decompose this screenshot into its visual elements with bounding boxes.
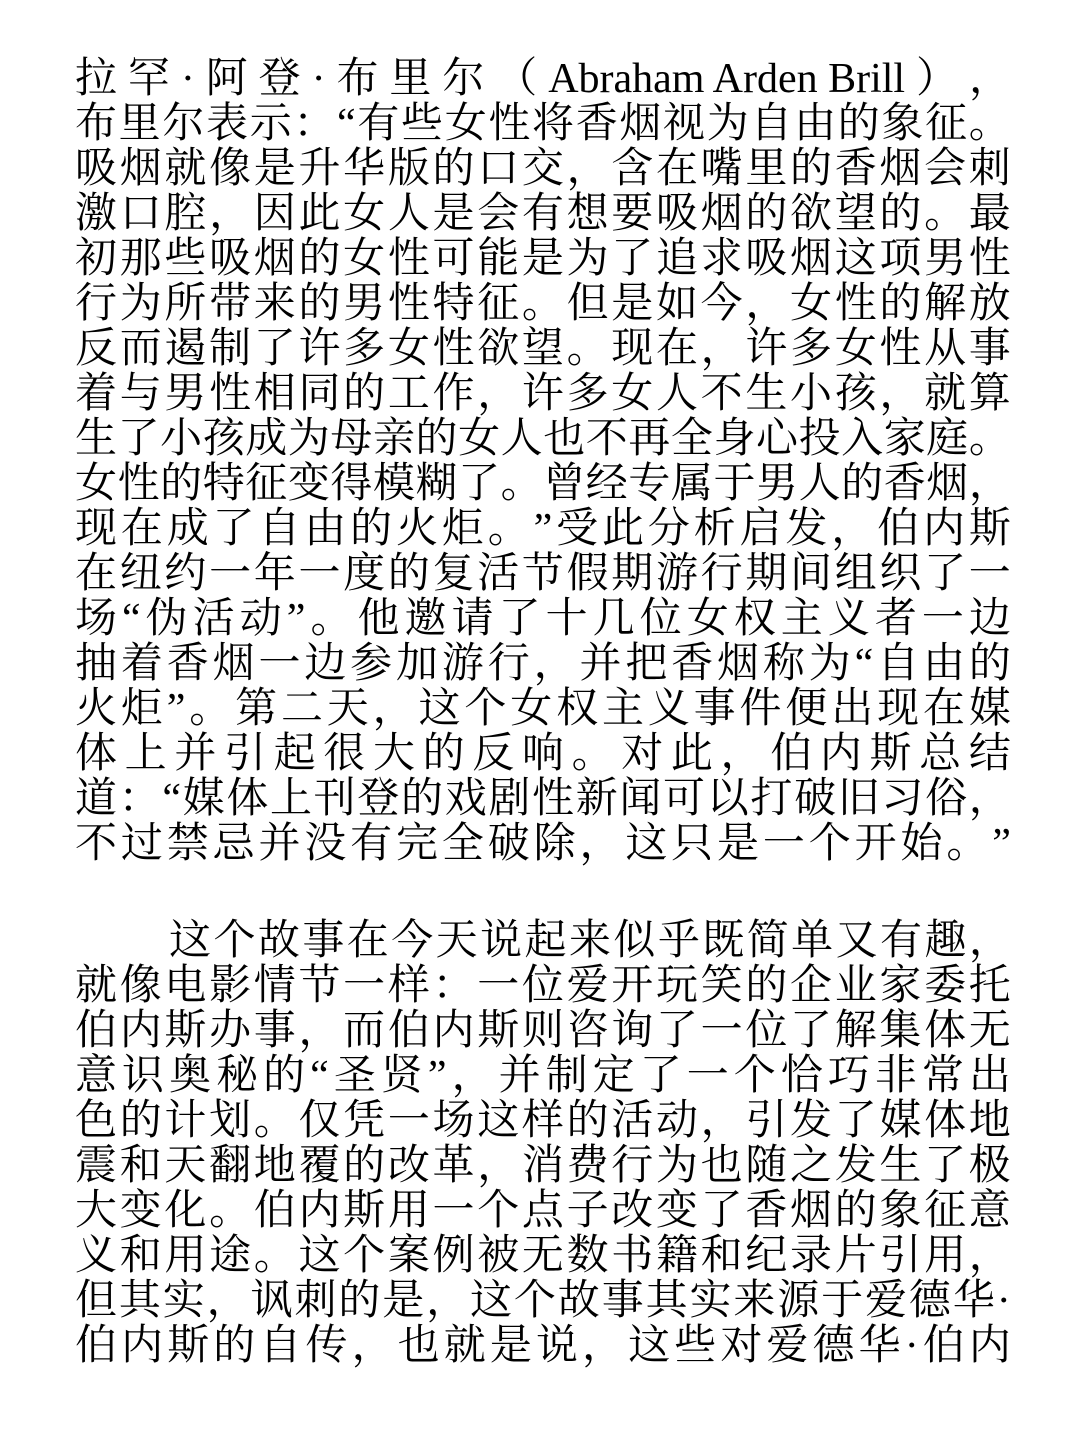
text-token: 化 [164, 1189, 206, 1234]
text-token: 打 [750, 777, 792, 822]
text-token: 嘴 [701, 147, 743, 192]
text-token: 的 [160, 462, 202, 507]
text-token: 女 [343, 237, 385, 282]
text-token: 男 [343, 282, 385, 327]
text-token: 划 [209, 1099, 251, 1144]
text-token: 经 [586, 462, 628, 507]
text-token: 算 [969, 372, 1011, 417]
text-token: 而 [120, 327, 162, 372]
text-token: 这 [835, 237, 877, 282]
text-token: ， [207, 1279, 249, 1324]
text-token: 戏 [445, 777, 487, 822]
text-token: 。 [501, 462, 543, 507]
text-token: 变 [656, 1189, 698, 1234]
text-token: ， [477, 372, 519, 417]
text-token: 了 [499, 597, 541, 642]
text-token: 书 [611, 1234, 653, 1279]
text-token: 意 [75, 1054, 117, 1099]
text-token: 征 [245, 462, 287, 507]
text-token: 女 [343, 192, 385, 237]
text-token: 些 [164, 237, 206, 282]
text-token: 媒 [879, 1099, 921, 1144]
text-token: 因 [254, 192, 296, 237]
text-token: 二 [281, 687, 323, 732]
text-token: 是 [433, 192, 475, 237]
text-token: 起 [525, 919, 567, 964]
text-token: 发 [790, 1099, 832, 1144]
text-token: 巧 [828, 1054, 870, 1099]
text-token: ” [534, 507, 553, 552]
text-token: 庭 [926, 417, 968, 462]
text-token: 上 [270, 777, 312, 822]
text-token: 在 [75, 552, 117, 597]
text-token: 内 [820, 732, 862, 777]
text-token: 改 [388, 1144, 430, 1189]
text-token: 刺 [969, 147, 1011, 192]
text-token: 的 [838, 102, 880, 147]
text-token: 计 [164, 1099, 206, 1144]
text-token: 一 [701, 1009, 743, 1054]
text-token: 象 [881, 102, 923, 147]
text-token: 闻 [619, 777, 661, 822]
text-token: 含 [611, 147, 653, 192]
text-token: 来 [569, 919, 611, 964]
text-token: 行 [488, 642, 530, 687]
text-token: 刺 [294, 1279, 336, 1324]
text-token: 性 [388, 282, 430, 327]
text-token: 性 [835, 282, 877, 327]
text-line: 震和天翻地覆的改革，消费行为也随之发生了极 [75, 1144, 1011, 1189]
text-token: 故 [258, 919, 300, 964]
text-token: 恰 [781, 1054, 823, 1099]
text-token: 登 [259, 57, 301, 102]
text-token: ， [452, 1054, 494, 1099]
text-token: 大 [75, 1189, 117, 1234]
text-token: 抽 [75, 642, 117, 687]
text-token: 烟 [120, 147, 162, 192]
text-token: 多 [567, 372, 609, 417]
text-token: 再 [628, 417, 670, 462]
text-token: 样 [522, 1099, 564, 1144]
text-token: 启 [740, 507, 782, 552]
text-token: 女 [611, 372, 653, 417]
text-token: ” [167, 687, 186, 732]
text-token: 加 [396, 642, 438, 687]
text-token: 女 [687, 597, 729, 642]
text-token: 初 [75, 237, 117, 282]
text-token: 放 [969, 282, 1011, 327]
text-line: 拉罕·阿登·布里尔（Abraham Arden Brill）， [75, 57, 1011, 102]
text-token: 爱 [567, 964, 609, 1009]
text-line: 行为所带来的男性特征。但是如今，女性的解放 [75, 282, 1011, 327]
text-token: 伯 [388, 1009, 430, 1054]
text-token: 是 [254, 147, 296, 192]
text-token: 事 [602, 1279, 644, 1324]
text-token: 的 [841, 462, 883, 507]
text-token: 孩 [203, 417, 245, 462]
text-token: 象 [879, 1189, 921, 1234]
text-token: 伯 [770, 732, 812, 777]
text-token: ” [428, 1054, 447, 1099]
text-token: 剧 [488, 777, 530, 822]
text-token: ， [969, 462, 1011, 507]
text-token: 第 [235, 687, 277, 732]
text-token: 尔 [442, 57, 484, 102]
text-token: 为 [707, 102, 749, 147]
text-token: 心 [756, 417, 798, 462]
text-token: 斯 [477, 1009, 519, 1054]
text-token: 例 [433, 1234, 475, 1279]
text-token: 这 [169, 919, 211, 964]
text-line: 意识奥秘的“圣贤”，并制定了一个恰巧非常出 [75, 1054, 1011, 1099]
text-token: 似 [613, 919, 655, 964]
text-token: ， [745, 282, 787, 327]
text-token: 项 [879, 237, 921, 282]
text-token: 火 [396, 507, 438, 552]
text-token: 笑 [701, 964, 743, 1009]
text-token: 行 [611, 1144, 653, 1189]
text-token: 结 [969, 732, 1011, 777]
text-token: 男 [924, 237, 966, 282]
text-token: 体 [75, 732, 117, 777]
text-token: 遏 [164, 327, 206, 372]
text-token: 破 [794, 777, 836, 822]
text-token: 的 [433, 147, 475, 192]
text-token: 男 [756, 462, 798, 507]
text-token: 的 [567, 1099, 609, 1144]
text-token: 趣 [924, 919, 966, 964]
text-token: ， [298, 1009, 340, 1054]
text-token: 里 [389, 57, 431, 102]
text-token: 自 [259, 1324, 301, 1369]
text-token: 斯 [969, 507, 1011, 552]
text-token: 事 [302, 919, 344, 964]
text-token: 望 [522, 327, 564, 372]
text-token: 来 [254, 282, 296, 327]
text-token: 追 [656, 237, 698, 282]
text-token: 组 [835, 552, 877, 597]
text-token: 内 [121, 1324, 163, 1369]
text-token: 识 [122, 1054, 164, 1099]
text-token: 革 [433, 1144, 475, 1189]
text-token: ， [582, 1324, 624, 1369]
text-token: 伯 [75, 1009, 117, 1054]
text-token: 边 [969, 597, 1011, 642]
text-token: 这 [628, 1324, 670, 1369]
text-token: 发 [785, 507, 827, 552]
text-token: 个 [734, 1054, 776, 1099]
text-token: 登 [357, 777, 399, 822]
text-token: 伯 [75, 1324, 117, 1369]
text-token: 相 [254, 372, 296, 417]
text-token: 此 [671, 732, 713, 777]
text-line: 体上并引起很大的反响。对此，伯内斯总结 [75, 732, 1011, 777]
text-token: 权 [734, 597, 776, 642]
text-token: 多 [343, 327, 385, 372]
text-token: 主 [602, 687, 644, 732]
text-token: 像 [120, 964, 162, 1009]
text-token: 反 [472, 732, 514, 777]
text-token: 香 [576, 102, 618, 147]
text-token: 了 [611, 237, 653, 282]
text-token: 始 [900, 822, 942, 867]
text-token: 改 [611, 1189, 653, 1234]
text-token: 像 [209, 147, 251, 192]
text-token: 是 [611, 282, 653, 327]
text-token: 用 [924, 1234, 966, 1279]
text-token: 个 [464, 687, 506, 732]
text-token: 性 [488, 102, 530, 147]
text-token: 烟 [717, 642, 759, 687]
text-token: 了 [790, 1009, 832, 1054]
text-token: 源 [777, 1279, 819, 1324]
text-token: 的 [298, 282, 340, 327]
text-token: 与 [120, 372, 162, 417]
text-line: 义和用途。这个案例被无数书籍和纪录片引用， [75, 1234, 1011, 1279]
text-token: 全 [671, 417, 713, 462]
text-token: 华 [859, 1324, 901, 1369]
text-token: 将 [532, 102, 574, 147]
text-token: 是 [382, 1279, 424, 1324]
text-token: 成 [245, 417, 287, 462]
text-token: 义 [648, 687, 690, 732]
text-line: 不过禁忌并没有完全破除，这只是一个开始。” [75, 822, 1011, 867]
text-token: 就 [164, 147, 206, 192]
text-token: 无 [969, 1009, 1011, 1054]
text-token: 孩 [835, 372, 877, 417]
text-token: 年 [254, 552, 296, 597]
text-token: ， [579, 822, 621, 867]
text-token: 女 [790, 282, 832, 327]
text-token: 的 [401, 777, 443, 822]
text-token: ， [721, 732, 763, 777]
text-token: 委 [924, 964, 966, 1009]
text-token: 布 [337, 57, 379, 102]
text-token: 位 [745, 1009, 787, 1054]
text-token: 而 [343, 1009, 385, 1054]
text-token: 场 [75, 597, 117, 642]
text-token: ， [879, 372, 921, 417]
text-token: 的 [338, 1279, 380, 1324]
text-token: 籍 [656, 1234, 698, 1279]
text-token: 媒 [969, 687, 1011, 732]
text-token: 今 [701, 282, 743, 327]
text-token: 吸 [745, 237, 787, 282]
text-token: 了 [835, 1099, 877, 1144]
text-line: 在纽约一年一度的复活节假期游行期间组织了一 [75, 552, 1011, 597]
text-token: 拉 [75, 57, 117, 102]
text-token: 成 [167, 507, 209, 552]
text-token: 尔 [162, 102, 204, 147]
text-token: 非 [875, 1054, 917, 1099]
text-token: 单 [791, 919, 833, 964]
text-token: 度 [343, 552, 385, 597]
text-token: 的 [969, 642, 1011, 687]
text-token: ， [352, 1324, 394, 1369]
text-token: 又 [836, 919, 878, 964]
text-token: 就 [924, 372, 966, 417]
text-token: ： [433, 964, 475, 1009]
text-token: 解 [924, 282, 966, 327]
text-token: 一 [477, 964, 519, 1009]
text-token: 在 [923, 687, 965, 732]
text-token: 案 [388, 1234, 430, 1279]
text-token: 的 [745, 192, 787, 237]
text-token: 义 [828, 597, 870, 642]
text-token: 德 [813, 1324, 855, 1369]
text-token: 一 [969, 552, 1011, 597]
text-token: 性 [879, 327, 921, 372]
text-token: 邀 [405, 597, 447, 642]
text-token: 动 [240, 597, 282, 642]
text-token: 活 [193, 597, 235, 642]
text-token: 天 [436, 919, 478, 964]
text-token: 的 [343, 1144, 385, 1189]
text-line: 初那些吸烟的女性可能是为了追求吸烟这项男性 [75, 237, 1011, 282]
text-token: （ [495, 57, 537, 102]
text-token: 烟 [879, 147, 921, 192]
text-token: 了 [656, 1009, 698, 1054]
text-token: 性 [433, 327, 475, 372]
text-token: 版 [388, 147, 430, 192]
text-token: 地 [969, 1099, 1011, 1144]
text-token: 也 [543, 417, 585, 462]
text-token: 约 [164, 552, 206, 597]
text-token: 为 [567, 237, 609, 282]
text-token: 事 [969, 327, 1011, 372]
text-token: 费 [567, 1144, 609, 1189]
text-token: 。 [946, 822, 988, 867]
text-token: 纽 [120, 552, 162, 597]
text-line: 现在成了自由的火炬。”受此分析启发，伯内斯 [75, 507, 1011, 552]
text-token: 斯 [870, 732, 912, 777]
text-token: 体 [924, 1099, 966, 1144]
text-token: 此 [298, 192, 340, 237]
text-token: 实 [163, 1279, 205, 1324]
text-token: 升 [298, 147, 340, 192]
text-token: 烟 [254, 237, 296, 282]
text-token: 口 [120, 192, 162, 237]
text-token: 的 [343, 372, 385, 417]
text-token: 激 [75, 192, 117, 237]
text-token: 伯 [254, 1189, 296, 1234]
text-token: 天 [164, 1144, 206, 1189]
text-token: 的 [298, 237, 340, 282]
text-token: 斯 [167, 1324, 209, 1369]
text-token: 意 [969, 1189, 1011, 1234]
text-token: “ [162, 777, 181, 822]
text-token: 有 [357, 102, 399, 147]
text-token: 母 [330, 417, 372, 462]
text-token: 布 [75, 102, 117, 147]
text-token: 受 [556, 507, 598, 552]
text-token: 实 [689, 1279, 731, 1324]
text-token: 并 [499, 1054, 541, 1099]
text-token: 游 [656, 552, 698, 597]
text-token: 今 [391, 919, 433, 964]
text-token: 着 [121, 642, 163, 687]
text-token: 这 [470, 1279, 512, 1324]
text-token: 反 [75, 327, 117, 372]
text-token: ， [477, 1144, 519, 1189]
text-token: 则 [522, 1009, 564, 1054]
text-token: ： [293, 102, 335, 147]
text-token: 影 [209, 964, 251, 1009]
text-token: 糊 [416, 462, 458, 507]
text-token: 一 [388, 1099, 430, 1144]
text-token: 在 [121, 507, 163, 552]
text-token: 亲 [373, 417, 415, 462]
text-token: ， [373, 687, 415, 732]
text-token: 生 [75, 417, 117, 462]
text-token: 常 [922, 1054, 964, 1099]
text-token: 女 [75, 462, 117, 507]
text-token: 活 [477, 552, 519, 597]
text-token: 征 [924, 1189, 966, 1234]
text-token: 但 [567, 282, 609, 327]
text-token: 内 [969, 1324, 1011, 1369]
text-token: 变 [120, 1189, 162, 1234]
text-token: 过 [121, 822, 163, 867]
text-token: 媒 [183, 777, 225, 822]
text-token: 烟 [926, 462, 968, 507]
text-token: 的 [790, 147, 832, 192]
text-token: 复 [433, 552, 475, 597]
text-token: 。 [567, 327, 609, 372]
text-token: 称 [763, 642, 805, 687]
text-token: 这 [419, 687, 461, 732]
text-token: 场 [433, 1099, 475, 1144]
text-token: 带 [209, 282, 251, 327]
text-token: 了 [254, 327, 296, 372]
text-token: ， [534, 642, 576, 687]
text-token: 边 [304, 642, 346, 687]
text-token: 的 [835, 1189, 877, 1234]
text-token: 。 [969, 417, 1011, 462]
text-token: 传 [305, 1324, 347, 1369]
text-token: 仅 [298, 1099, 340, 1144]
text-token: 子 [567, 1189, 609, 1234]
text-token: 望 [835, 192, 877, 237]
text-token: 贤 [381, 1054, 423, 1099]
text-token: 响 [522, 732, 564, 777]
text-token: 香 [835, 147, 877, 192]
text-token: 忌 [213, 822, 255, 867]
text-token: 对 [621, 732, 663, 777]
text-token: 俗 [925, 777, 967, 822]
text-token: 个 [809, 822, 851, 867]
text-token: 在 [656, 147, 698, 192]
text-token: 的 [423, 732, 465, 777]
text-token: 女 [388, 327, 430, 372]
text-token: 业 [835, 964, 877, 1009]
text-token: 斯 [343, 1189, 385, 1234]
text-token: 不 [75, 822, 117, 867]
text-token: ， [426, 1279, 468, 1324]
text-token: 火 [75, 687, 117, 732]
text-token: 。 [254, 1234, 296, 1279]
text-token: 想 [567, 192, 609, 237]
text-token: 小 [160, 417, 202, 462]
text-token: 消 [522, 1144, 564, 1189]
text-token: 在 [656, 327, 698, 372]
text-token: 华 [953, 1279, 995, 1324]
text-token: 期 [611, 552, 653, 597]
text-token: 是 [490, 1324, 532, 1369]
text-token: 并 [258, 822, 300, 867]
text-token: 伪 [146, 597, 188, 642]
text-token: 其 [646, 1279, 688, 1324]
